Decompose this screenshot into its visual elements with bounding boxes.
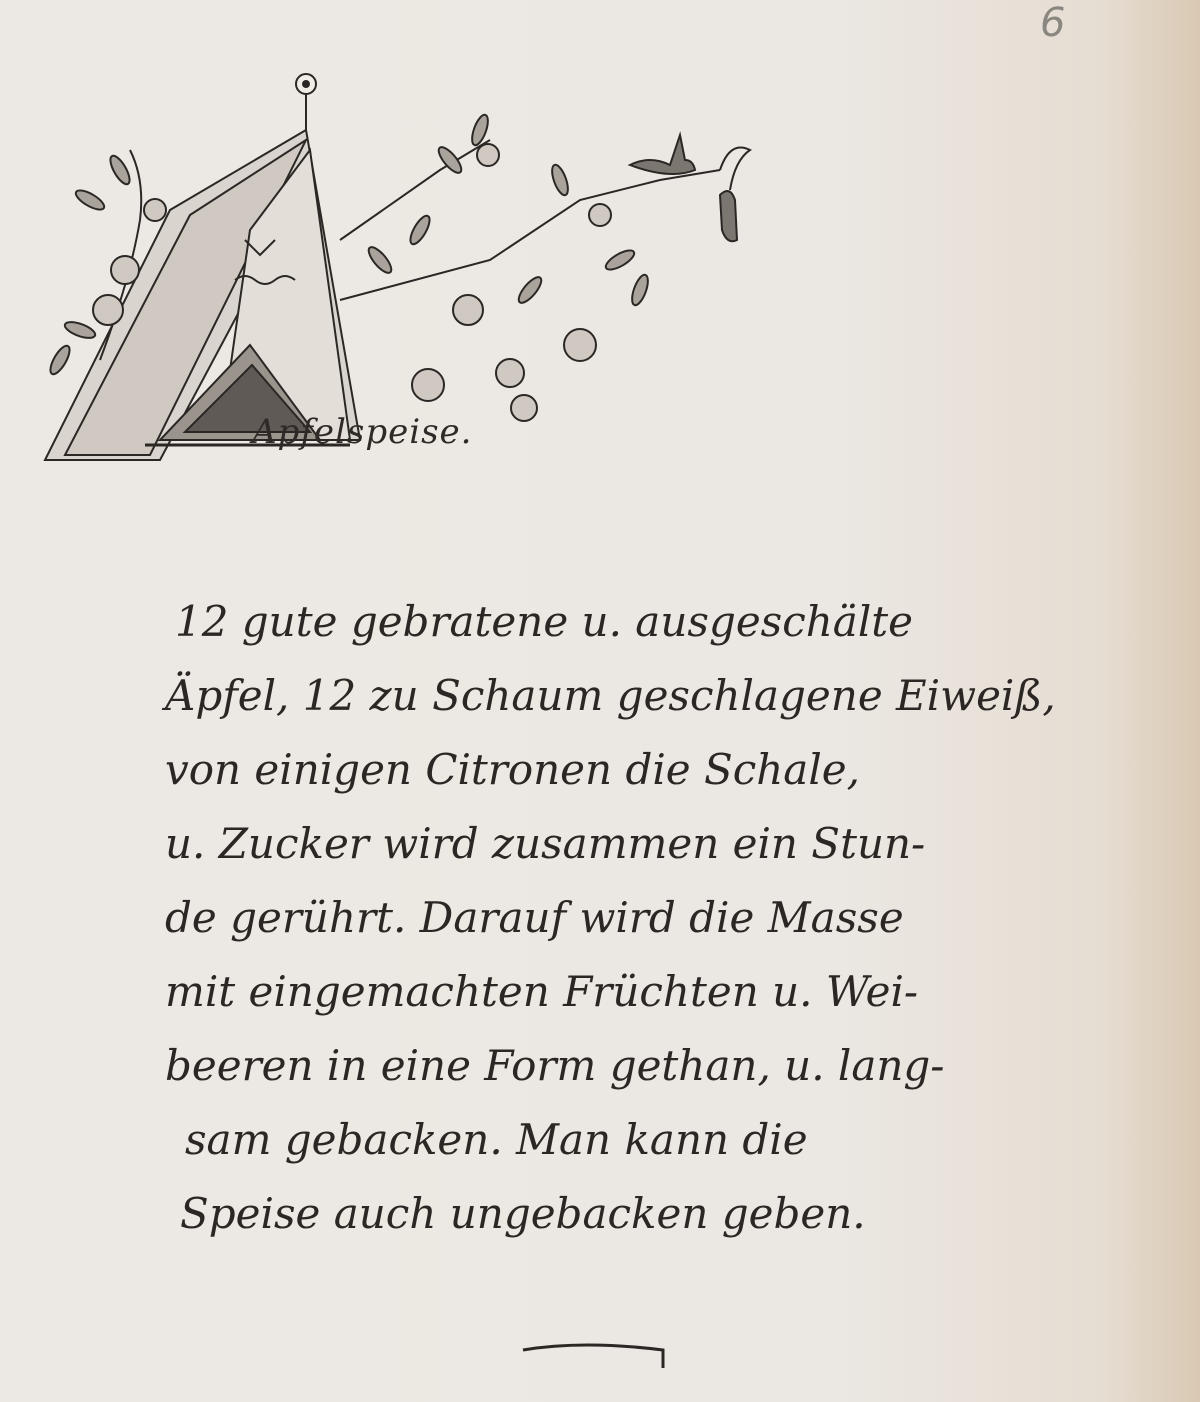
page-number: 6: [1040, 0, 1065, 46]
apple-icon: [589, 204, 611, 226]
apple-icon: [496, 359, 524, 387]
apple-icon: [93, 295, 123, 325]
text-line: Speise auch ungebacken geben.: [180, 1177, 1185, 1251]
text-line: u. Zucker wird zusammen ein Stun-: [165, 807, 1185, 881]
apple-icon: [453, 295, 483, 325]
text-line: beeren in eine Form gethan, u. lang-: [165, 1029, 1185, 1103]
apple-icon: [511, 395, 537, 421]
end-flourish: [518, 1330, 668, 1370]
text-line: mit eingemachten Früchten u. Wei-: [165, 955, 1185, 1029]
apple-icon: [412, 369, 444, 401]
apple-icon: [111, 256, 139, 284]
recipe-title: Apfelspeise.: [252, 412, 472, 452]
text-line: 12 gute gebratene u. ausgeschälte: [175, 585, 1185, 659]
text-line: de gerührt. Darauf wird die Masse: [165, 881, 1185, 955]
text-line: von einigen Citronen die Schale,: [165, 733, 1185, 807]
apple-icon: [564, 329, 596, 361]
apple-icon: [144, 199, 166, 221]
bird-icon: [630, 135, 695, 174]
text-line: Äpfel, 12 zu Schaum geschlagene Eiweiß,: [165, 659, 1185, 733]
apple-icon: [477, 144, 499, 166]
text-line: sam gebacken. Man kann die: [185, 1103, 1185, 1177]
bird-icon: [720, 191, 737, 241]
recipe-body: 12 gute gebratene u. ausgeschälte Äpfel,…: [175, 585, 1185, 1251]
